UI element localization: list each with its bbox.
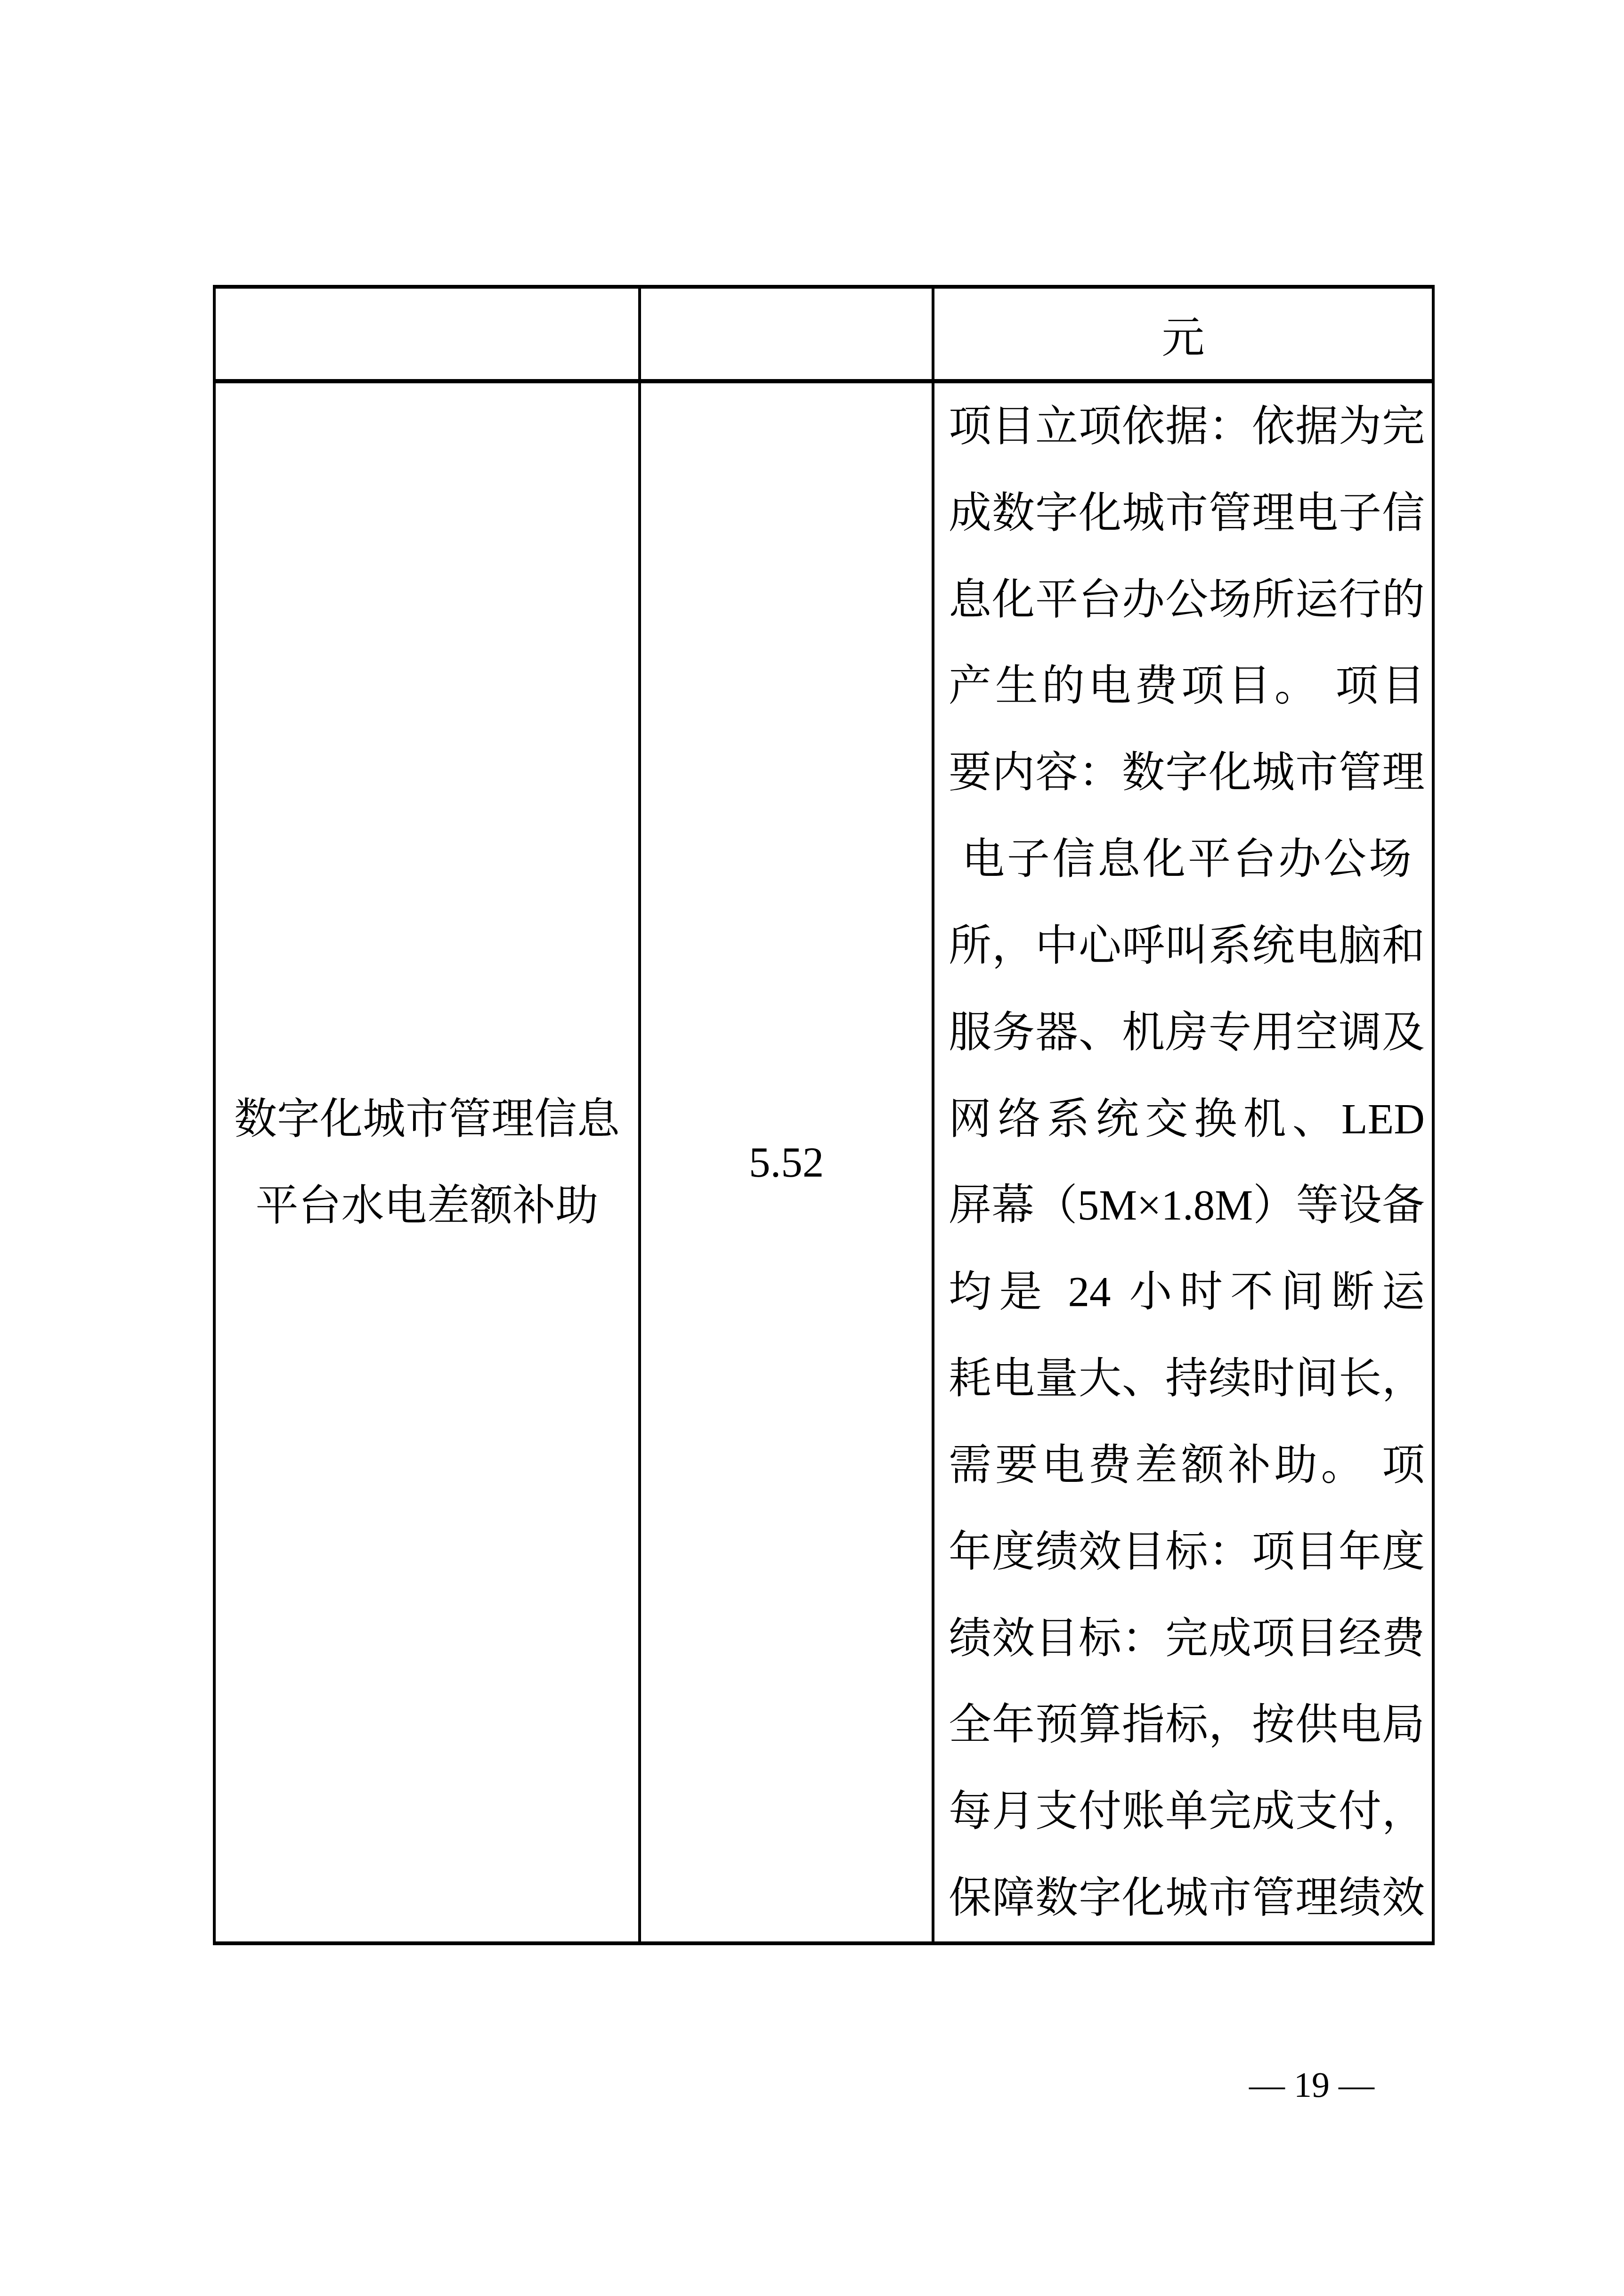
description-line: 绩效目标：完成项目经费: [949, 1595, 1425, 1682]
page-number: — 19 —: [1239, 2062, 1385, 2109]
description-line: 网络系统交换机、LED 大: [949, 1076, 1425, 1163]
header-cell-project-empty: [213, 289, 638, 383]
cell-amount: 5.52: [638, 383, 932, 1941]
description-line: 年度绩效目标：项目年度: [949, 1509, 1425, 1595]
description-line: 服务器、机房专用空调及: [949, 989, 1425, 1076]
description-line: 产生的电费项目。 项目主: [949, 643, 1425, 729]
description-line: 所，中心呼叫系统电脑和: [949, 903, 1425, 989]
cell-project-description: 项目立项依据：依据为完 成数字化城市管理电子信 息化平台办公场所运行的 产生的电…: [932, 383, 1435, 1941]
description-line: 每月支付账单完成支付，: [949, 1768, 1425, 1855]
description-line: 成数字化城市管理电子信: [949, 470, 1425, 557]
description-line: 保障数字化城市管理绩效: [949, 1855, 1425, 1941]
project-name-line1: 数字化城市管理信息: [234, 1076, 620, 1163]
description-line: 均是 24 小时不间断运行，: [949, 1249, 1425, 1335]
description-line: 息化平台办公场所运行的: [949, 557, 1425, 643]
document-page: 元 数字化城市管理信息 平台水电差额补助 5.52 项目立项依据：依据为完 成数…: [0, 0, 1624, 2296]
description-line: 电子信息化平台办公场: [949, 816, 1425, 903]
description-line: 耗电量大、持续时间长，: [949, 1335, 1425, 1422]
amount-value: 5.52: [749, 1138, 824, 1187]
budget-project-table: 元 数字化城市管理信息 平台水电差额补助 5.52 项目立项依据：依据为完 成数…: [213, 285, 1435, 1945]
header-cell-amount-empty: [638, 289, 932, 383]
unit-label: 元: [1161, 303, 1204, 365]
cell-project-name: 数字化城市管理信息 平台水电差额补助: [213, 383, 638, 1941]
description-line: 需要电费差额补助。 项目: [949, 1422, 1425, 1509]
description-line: 全年预算指标，按供电局: [949, 1682, 1425, 1768]
description-line: 项目立项依据：依据为完: [949, 383, 1425, 470]
project-name-line2: 平台水电差额补助: [255, 1163, 598, 1249]
description-line: 要内容：数字化城市管理: [949, 729, 1425, 816]
header-cell-unit: 元: [932, 289, 1435, 383]
description-line: 屏幕（5M×1.8M）等设备: [949, 1162, 1425, 1249]
